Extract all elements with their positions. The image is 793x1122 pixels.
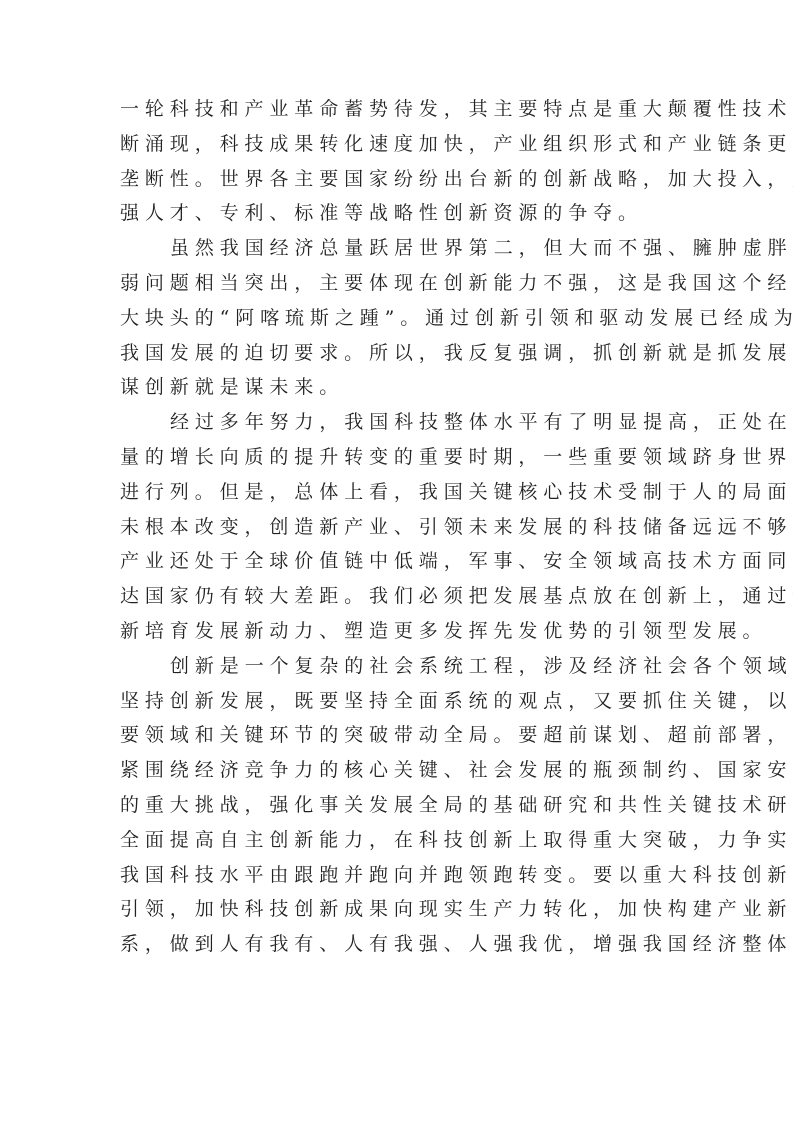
text-line: 引领，加快科技创新成果向现实生产力转化，加快构建产业新体 (120, 896, 680, 931)
text-line: 新培育发展新动力、塑造更多发挥先发优势的引领型发展。 (120, 618, 680, 653)
text-line: 的重大挑战，强化事关发展全局的基础研究和共性关键技术研究， (120, 792, 680, 827)
text-line: 坚持创新发展，既要坚持全面系统的观点，又要抓住关键，以重 (120, 688, 680, 723)
text-line: 全面提高自主创新能力，在科技创新上取得重大突破，力争实现 (120, 827, 680, 862)
text-line: 系，做到人有我有、人有我强、人强我优，增强我国经济整体素 (120, 931, 680, 966)
text-line: 未根本改变，创造新产业、引领未来发展的科技储备远远不够， (120, 514, 680, 549)
text-line: 经过多年努力，我国科技整体水平有了明显提高，正处在从 (120, 409, 680, 444)
text-line: 一轮科技和产业革命蓄势待发，其主要特点是重大颠覆性技术不 (120, 96, 680, 131)
text-line: 达国家仍有较大差距。我们必须把发展基点放在创新上，通过创 (120, 583, 680, 618)
text-line: 我国发展的迫切要求。所以，我反复强调，抓创新就是抓发展， (120, 340, 680, 375)
text-line: 创新是一个复杂的社会系统工程，涉及经济社会各个领域。 (120, 653, 680, 688)
text-line: 虽然我国经济总量跃居世界第二，但大而不强、臃肿虚胖体 (120, 235, 680, 270)
text-line: 断涌现，科技成果转化速度加快，产业组织形式和产业链条更具 (120, 131, 680, 166)
document-page: 一轮科技和产业革命蓄势待发，其主要特点是重大颠覆性技术不 断涌现，科技成果转化速… (120, 96, 680, 966)
paragraph-1: 一轮科技和产业革命蓄势待发，其主要特点是重大颠覆性技术不 断涌现，科技成果转化速… (120, 96, 680, 235)
paragraph-3: 经过多年努力，我国科技整体水平有了明显提高，正处在从 量的增长向质的提升转变的重… (120, 409, 680, 653)
paragraph-2: 虽然我国经济总量跃居世界第二，但大而不强、臃肿虚胖体 弱问题相当突出，主要体现在… (120, 235, 680, 409)
text-line: 量的增长向质的提升转变的重要时期，一些重要领域跻身世界先 (120, 444, 680, 479)
text-line: 紧围绕经济竞争力的核心关键、社会发展的瓶颈制约、国家安全 (120, 757, 680, 792)
text-line: 谋创新就是谋未来。 (120, 374, 680, 409)
text-line: 大块头的“阿喀琉斯之踵”。通过创新引领和驱动发展已经成为 (120, 305, 680, 340)
text-line: 进行列。但是，总体上看，我国关键核心技术受制于人的局面尚 (120, 479, 680, 514)
text-line: 要领域和关键环节的突破带动全局。要超前谋划、超前部署，紧 (120, 722, 680, 757)
text-line: 产业还处于全球价值链中低端，军事、安全领域高技术方面同发 (120, 548, 680, 583)
text-line: 弱问题相当突出，主要体现在创新能力不强，这是我国这个经济 (120, 270, 680, 305)
paragraph-4: 创新是一个复杂的社会系统工程，涉及经济社会各个领域。 坚持创新发展，既要坚持全面… (120, 653, 680, 966)
text-line: 我国科技水平由跟跑并跑向并跑领跑转变。要以重大科技创新为 (120, 862, 680, 897)
text-line: 垄断性。世界各主要国家纷纷出台新的创新战略，加大投入，加 (120, 166, 680, 201)
text-line: 强人才、专利、标准等战略性创新资源的争夺。 (120, 200, 680, 235)
